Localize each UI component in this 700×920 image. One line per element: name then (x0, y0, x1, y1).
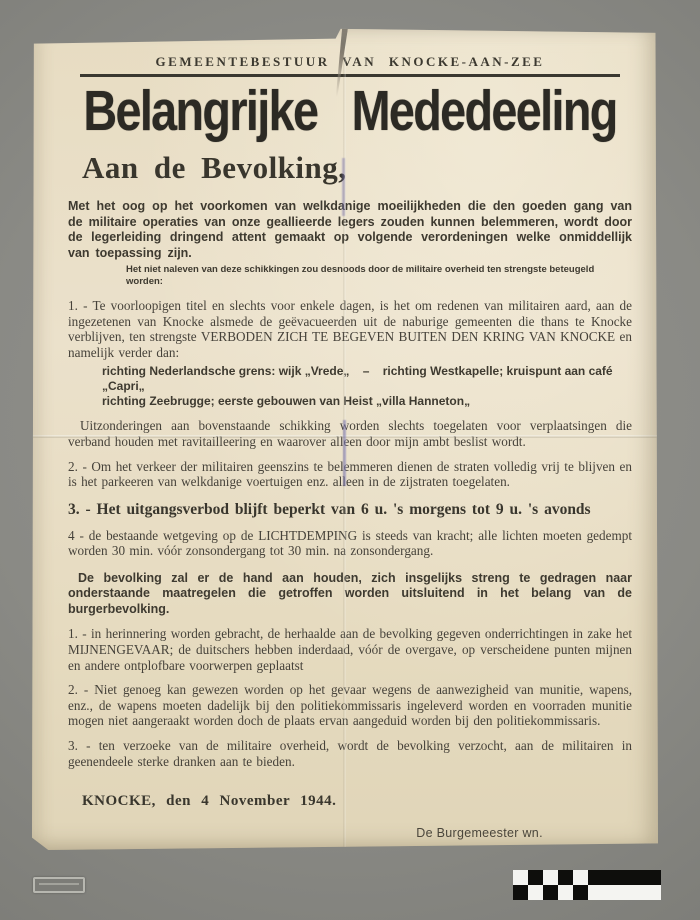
municipality-masthead: GEMEENTEBESTUUR VAN KNOCKE-AAN-ZEE (68, 54, 632, 70)
poster-paper: GEMEENTEBESTUUR VAN KNOCKE-AAN-ZEE Belan… (32, 28, 658, 850)
poster-title: Belangrijke Mededeeling (83, 85, 616, 137)
scale-bar-cell (543, 870, 558, 885)
scale-bar-cell (528, 870, 543, 885)
printer-rule (82, 887, 219, 890)
dateline: KNOCKE, den 4 November 1944. (82, 793, 632, 810)
civil-measures-lead: De bevolking zal er de hand aan houden, … (68, 571, 632, 618)
boundary-directions-line-2: richting Zeebrugge; eerste gebouwen van … (102, 394, 632, 409)
scale-bar-row (513, 870, 661, 885)
scale-bar-row (513, 885, 661, 900)
photographed-poster-scan: GEMEENTEBESTUUR VAN KNOCKE-AAN-ZEE Belan… (0, 0, 700, 920)
photo-scale-reference-bar (513, 870, 661, 900)
warning-line: Het niet naleven van deze schikkingen zo… (126, 264, 632, 288)
measure-3-alcohol: 3. - ten verzoeke van de militaire overh… (68, 738, 632, 769)
measure-2-weapons: 2. - Niet genoeg kan gewezen worden op h… (68, 682, 632, 729)
intro-paragraph: Met het oog op het voorkomen van welkdan… (68, 199, 632, 261)
boundary-directions-line-1: richting Nederlandsche grens: wijk „Vred… (102, 364, 632, 394)
rule-1-travel-ban: 1. - Te voorloopigen titel en slechts vo… (68, 298, 632, 360)
signature-name: Deckers Camille. (405, 845, 554, 867)
scale-bar-cell (573, 885, 588, 900)
scale-bar-cell (573, 870, 588, 885)
rule-4-blackout: 4 - de bestaande wetgeving op de LICHTDE… (68, 528, 632, 559)
rule-2-parking: 2. - Om het verkeer der militairen geens… (68, 459, 632, 490)
signature-block: De Burgemeester wn. Deckers Camille. (68, 826, 632, 867)
rule-3-curfew: 3. - Het uitgangsverbod blijft beperkt v… (68, 501, 632, 519)
salutation: Aan de Bevolking, (82, 151, 632, 185)
signature-role: De Burgemeester wn. (405, 826, 554, 840)
scale-bar-long-segment (588, 885, 661, 900)
exception-paragraph: Uitzonderingen aan bovenstaande schikkin… (68, 418, 632, 449)
scale-bar-cell (558, 870, 573, 885)
archive-label-sticker (33, 877, 85, 893)
poster-content: GEMEENTEBESTUUR VAN KNOCKE-AAN-ZEE Belan… (32, 28, 658, 902)
masthead-rule (80, 74, 620, 77)
scale-bar-long-segment (588, 870, 661, 885)
scale-bar-cell (528, 885, 543, 900)
scale-bar-cell (513, 870, 528, 885)
measure-1-mines: 1. - in herinnering worden gebracht, de … (68, 626, 632, 673)
scale-bar-cell (513, 885, 528, 900)
scale-bar-cell (543, 885, 558, 900)
scale-bar-cell (558, 885, 573, 900)
